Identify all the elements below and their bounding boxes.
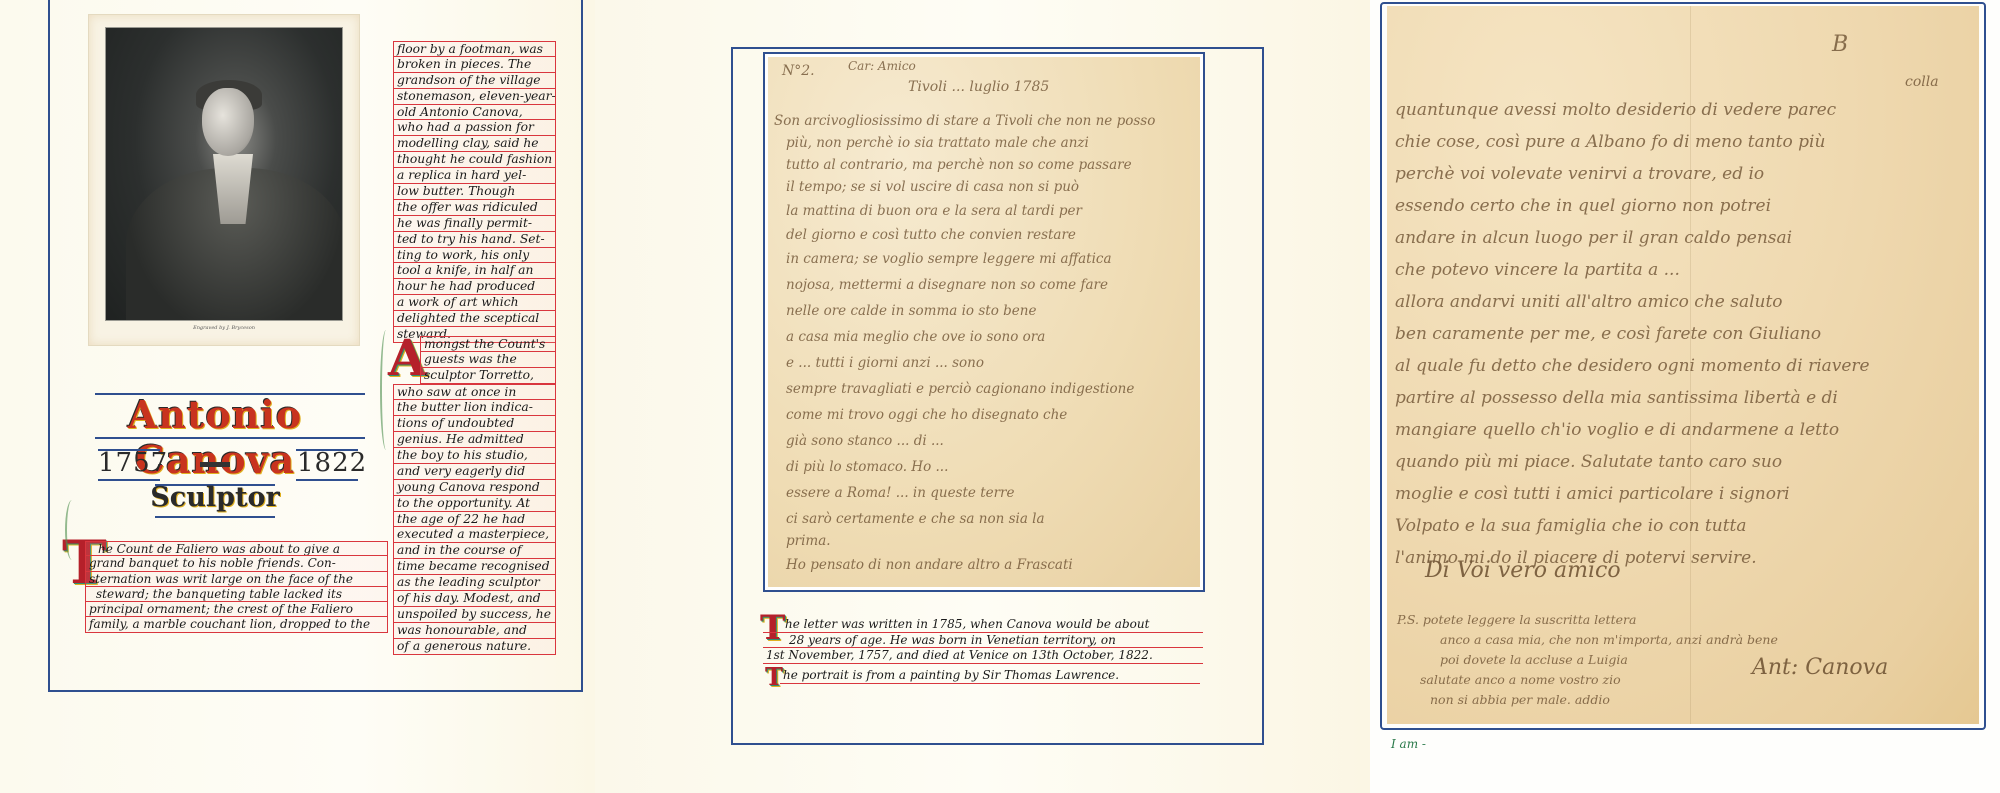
letter-line: Son arcivogliosissimo di stare a Tivoli … (774, 113, 1155, 129)
letter-line: nojosa, mettermi a disegnare non so come… (786, 277, 1108, 293)
year-dash (200, 462, 230, 467)
right-column-top-text: floor by a footman, was broken in pieces… (393, 41, 556, 343)
portrait-face (202, 88, 254, 156)
text-line: tions of undoubted (393, 416, 556, 432)
birth-year: 1757 (98, 448, 168, 478)
text-line: tool a knife, in half an (393, 263, 556, 279)
letter-paper: N°2. Car: Amico Tivoli ... luglio 1785 S… (768, 57, 1200, 587)
text-line: unspoiled by success, he (393, 607, 556, 623)
signature: Ant: Canova (1752, 655, 1888, 680)
letter-line: al quale fu detto che desidero ogni mome… (1395, 356, 1870, 376)
text-line: principal ornament; the crest of the Fal… (85, 602, 388, 617)
letter-line: quantunque avessi molto desiderio di ved… (1395, 100, 1836, 120)
text-line: he portrait is from a painting by Sir Th… (780, 668, 1200, 684)
letter-line: che potevo vincere la partita a ... (1395, 260, 1680, 280)
letter-line: sempre travagliati e perciò cagionano in… (786, 381, 1134, 397)
title-rule-bottom (95, 437, 365, 439)
text-line: he Count de Faliero was about to give a (85, 541, 388, 556)
letter-line: chie cose, così pure a Albano fo di meno… (1395, 132, 1825, 152)
postscript-line: salutate anco a nome vostro zio (1420, 672, 1621, 687)
text-line: a replica in hard yel- (393, 168, 556, 184)
page-biography: Engraved by J. Bryceson floor by a footm… (0, 0, 595, 793)
page-mark: B (1832, 32, 1848, 57)
letter-number: N°2. (782, 63, 815, 79)
text-line: grand banquet to his noble friends. Con- (85, 556, 388, 571)
postscript-line: P.S. potete leggere la suscritta lettera (1397, 612, 1636, 627)
letter-line: ben caramente per me, e così farete con … (1395, 324, 1821, 344)
text-line: steward; the banqueting table lacked its (85, 587, 388, 602)
text-line: ted to try his hand. Set- (393, 232, 556, 248)
text-line: a work of art which (393, 295, 556, 311)
text-line: old Antonio Canova, (393, 105, 556, 121)
text-line: young Canova respond (393, 480, 556, 496)
letter-line: prima. (786, 533, 831, 549)
letter-dateline: Tivoli ... luglio 1785 (908, 79, 1049, 95)
letter-closing: Di Voi vero amico (1425, 558, 1621, 583)
text-line: mongst the Count's (420, 336, 556, 352)
text-line: grandson of the village (393, 73, 556, 89)
letter-header-note: Car: Amico (848, 59, 916, 73)
subtitle-rule-bottom (155, 516, 275, 518)
text-line: executed a masterpiece, (393, 527, 556, 543)
text-line: the boy to his studio, (393, 448, 556, 464)
letter-line: perchè voi volevate venirvi a trovare, e… (1395, 164, 1764, 184)
text-line: family, a marble couchant lion, dropped … (85, 617, 388, 632)
subtitle: Sculptor (150, 482, 280, 513)
text-line: as the leading sculptor (393, 575, 556, 591)
letter-caption: he letter was written in 1785, when Cano… (763, 617, 1203, 664)
text-line: the offer was ridiculed (393, 200, 556, 216)
death-year: 1822 (297, 448, 367, 478)
text-line: he was finally permit- (393, 216, 556, 232)
letter-line: quando più mi piace. Salutate tanto caro… (1395, 452, 1782, 472)
vine-flourish (65, 500, 79, 560)
letter-line: la mattina di buon ora e la sera al tard… (786, 203, 1082, 219)
text-line: to the opportunity. At (393, 496, 556, 512)
postscript-line: poi dovete la accluse a Luigia (1440, 652, 1628, 667)
engraver-credit: Engraved by J. Bryceson (89, 325, 359, 331)
text-line: who had a passion for (393, 120, 556, 136)
right-column-dropcap-text: mongst the Count's guests was the sculpt… (420, 336, 556, 384)
letter-line: essere a Roma! ... in queste terre (786, 485, 1015, 501)
letter-line: essendo certo che in quel giorno non pot… (1395, 196, 1771, 216)
text-line: and very eagerly did (393, 464, 556, 480)
text-line: of his day. Modest, and (393, 591, 556, 607)
text-line: hour he had produced (393, 279, 556, 295)
portrait-engraving (105, 27, 343, 321)
letter-line: ci sarò certamente e che sa non sia la (786, 511, 1045, 527)
text-line: was honourable, and (393, 623, 556, 639)
vine-flourish (380, 330, 392, 450)
text-line: 28 years of age. He was born in Venetian… (763, 633, 1203, 649)
letter-line: moglie e così tutti i amici particolare … (1395, 484, 1790, 504)
text-line: sculptor Torretto, (420, 368, 556, 384)
text-line: the butter lion indica- (393, 400, 556, 416)
text-line: floor by a footman, was (393, 41, 556, 57)
year-rule (296, 479, 358, 481)
letter-line: tutto al contrario, ma perchè non so com… (786, 157, 1132, 173)
text-line: thought he could fashion (393, 152, 556, 168)
text-line: genius. He admitted (393, 432, 556, 448)
text-line: he letter was written in 1785, when Cano… (763, 617, 1203, 633)
letter-line: il tempo; se si vol uscire di casa non s… (786, 179, 1079, 195)
letter-line: Volpato e la sua famiglia che io con tut… (1395, 516, 1747, 536)
letter-line: a casa mia meglio che ove io sono ora (786, 329, 1045, 345)
text-line: who saw at once in (393, 384, 556, 400)
letter-line: andare in alcun luogo per il gran caldo … (1395, 228, 1792, 248)
margin-scrawl: I am - (1391, 737, 1426, 751)
letter-line: in camera; se voglio sempre leggere mi a… (786, 251, 1112, 267)
letter-line: di più lo stomaco. Ho ... (786, 459, 948, 475)
left-column-text: he Count de Faliero was about to give a … (85, 541, 388, 633)
letter-line: nelle ore calde in somma io sto bene (786, 303, 1036, 319)
text-line: low butter. Though (393, 184, 556, 200)
letter-line: più, non perchè io sia trattato male che… (786, 135, 1089, 151)
letter-line: mangiare quello ch'io voglio e di andarm… (1395, 420, 1839, 440)
text-line: and in the course of (393, 543, 556, 559)
text-line: broken in pieces. The (393, 57, 556, 73)
text-line: 1st November, 1757, and died at Venice o… (763, 648, 1203, 664)
letter-line: Ho pensato di non andare altro a Frascat… (786, 557, 1073, 573)
postscript-line: anco a casa mia, che non m'importa, anzi… (1440, 632, 1778, 647)
letter-line: del giorno e così tutto che convien rest… (786, 227, 1076, 243)
letter-line: partire al possesso della mia santissima… (1395, 388, 1838, 408)
text-line: modelling clay, said he (393, 136, 556, 152)
text-line: guests was the (420, 352, 556, 368)
portrait-credit-caption: he portrait is from a painting by Sir Th… (780, 668, 1200, 684)
year-rule (98, 479, 160, 481)
text-line: sternation was writ large on the face of… (85, 572, 388, 587)
marginal-note: colla (1905, 74, 1939, 90)
letter-line: e ... tutti i giorni anzi ... sono (786, 355, 984, 371)
postscript-line: non si abbia per male. addio (1430, 692, 1610, 707)
text-line: the age of 22 he had (393, 512, 556, 528)
portrait-mat: Engraved by J. Bryceson (88, 14, 360, 346)
text-line: of a generous nature. (393, 639, 556, 655)
right-column-bottom-text: who saw at once in the butter lion indic… (393, 384, 556, 655)
letter-scan-frame: N°2. Car: Amico Tivoli ... luglio 1785 S… (763, 52, 1205, 592)
letter-line: allora andarvi uniti all'altro amico che… (1395, 292, 1783, 312)
text-line: delighted the sceptical (393, 311, 556, 327)
text-line: ting to work, his only (393, 248, 556, 264)
text-line: stonemason, eleven-year- (393, 89, 556, 105)
text-line: time became recognised (393, 559, 556, 575)
letter-line: come mi trovo oggi che ho disegnato che (786, 407, 1067, 423)
letter-line: già sono stanco ... di ... (786, 433, 944, 449)
